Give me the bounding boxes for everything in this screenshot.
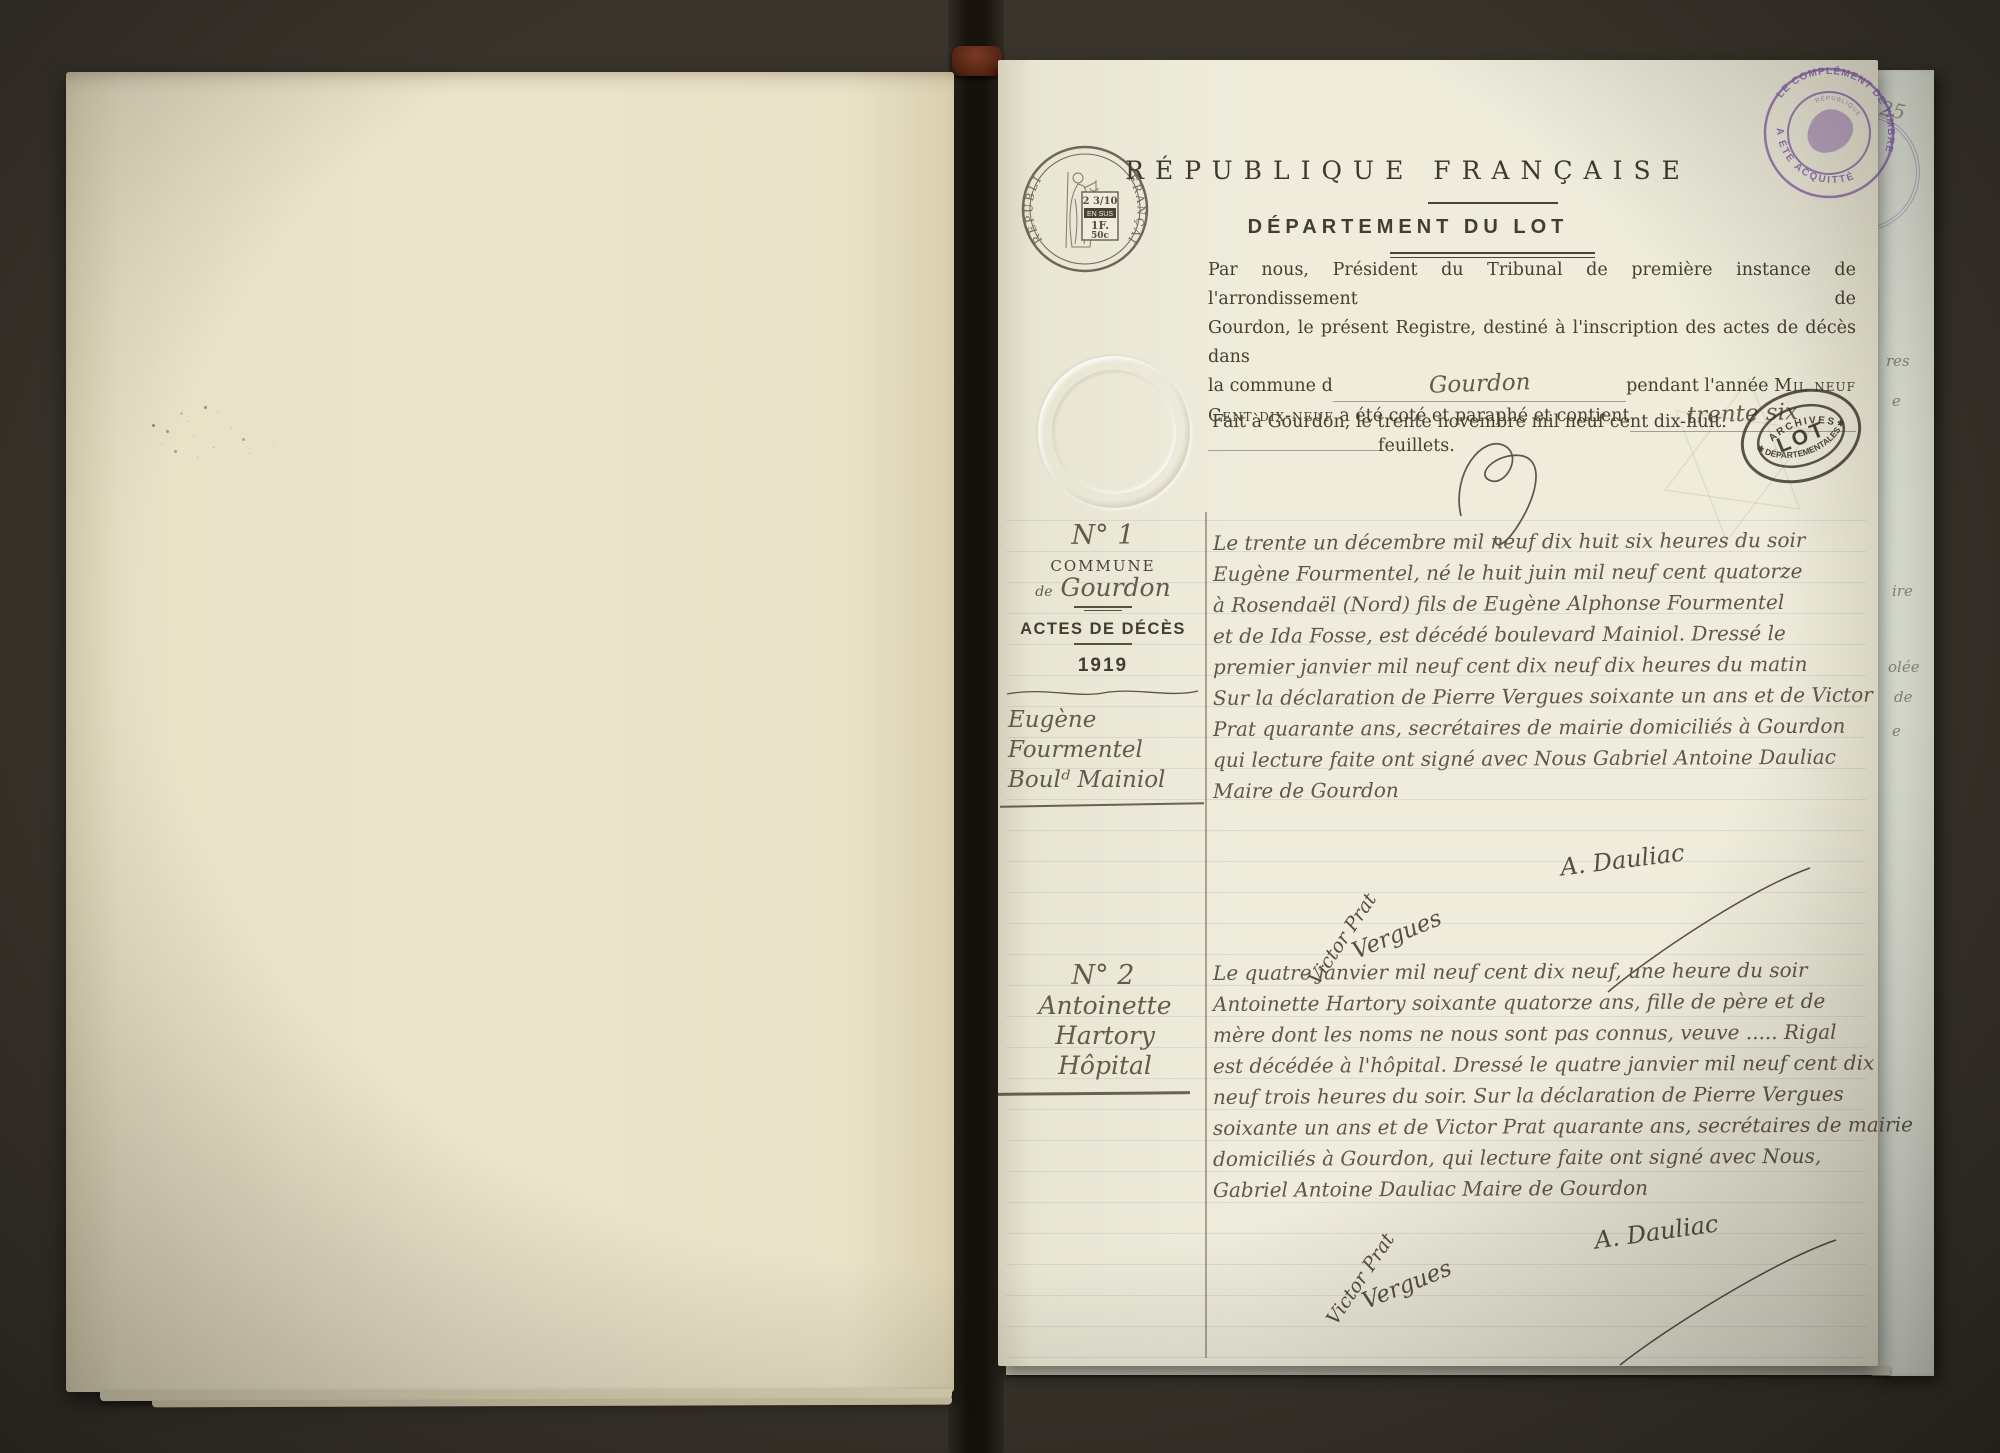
act-line: mère dont les noms ne nous sont pas conn…: [1213, 1017, 1875, 1051]
act-number: N° 2: [1004, 960, 1202, 991]
spine-headband: [952, 46, 1002, 76]
act-line: premier janvier mil neuf cent dix neuf d…: [1213, 649, 1875, 683]
handwritten-commune: Gourdon: [1428, 372, 1530, 396]
register-scan: { "colors": { "background": "#3a352c", "…: [0, 0, 2000, 1453]
empty-fill-line: [1208, 450, 1378, 451]
act-number: N° 1: [1004, 520, 1202, 551]
deceased-name-line: Hôpital: [1004, 1051, 1202, 1081]
bleed-fragment: olée: [1888, 658, 1920, 676]
title-rule: [1428, 202, 1558, 204]
margin-underline-act1: [1000, 802, 1204, 808]
left-blank-page: [66, 72, 954, 1392]
ink-speckles: [152, 424, 155, 427]
margin-column-act2: N° 2 Antoinette Hartory Hôpital: [1004, 952, 1202, 1081]
printed-text: la commune d: [1208, 372, 1333, 401]
deceased-name-line: Fourmentel: [1004, 735, 1202, 765]
act-line: Sur la déclaration de Pierre Vergues soi…: [1213, 680, 1875, 714]
act-line: Prat quarante ans, secrétaires de mairie…: [1213, 711, 1875, 745]
page-title: RÉPUBLIQUE FRANÇAISE: [998, 156, 1818, 185]
act-line: à Rosendaël (Nord) fils de Eugène Alphon…: [1213, 587, 1875, 621]
next-page-edge: 25 res e ire olée de e: [1872, 70, 1934, 1376]
bleed-fragment: ire: [1892, 582, 1913, 600]
departement-title: DÉPARTEMENT DU LOT: [998, 216, 1818, 239]
embossed-seal: [1038, 356, 1190, 508]
preamble-line: Par nous, Président du Tribunal de premi…: [1208, 256, 1856, 314]
act-line: Le trente un décembre mil neuf dix huit …: [1213, 525, 1875, 559]
act-line: Antoinette Hartory soixante quatorze ans…: [1213, 986, 1875, 1020]
commune-fill: Gourdon: [1333, 372, 1626, 402]
act-line: qui lecture faite ont signé avec Nous Ga…: [1213, 742, 1875, 776]
act2-body: Le quatre janvier mil neuf cent dix neuf…: [1213, 958, 1875, 1206]
commune-name: de Gourdon: [1004, 573, 1202, 602]
act-line: et de Ida Fosse, est décédé boulevard Ma…: [1213, 618, 1875, 652]
bleed-fragment: e: [1892, 722, 1901, 740]
actes-de-deces-label: ACTES DE DÉCÈS: [1004, 620, 1202, 639]
register-year: 1919: [1004, 655, 1202, 677]
deceased-name-line: Antoinette: [1004, 991, 1202, 1021]
act-line: domiciliés à Gourdon, qui lecture faite …: [1213, 1141, 1875, 1175]
margin-rule: [1074, 643, 1132, 645]
fiscal-surcharge: 2 3/10: [1083, 196, 1118, 207]
act1-body: Le trente un décembre mil neuf dix huit …: [1213, 528, 1875, 807]
act-line: Le quatre janvier mil neuf cent dix neuf…: [1213, 955, 1875, 989]
deceased-name-line: Eugène: [1004, 705, 1202, 735]
act-line: neuf trois heures du soir. Sur la déclar…: [1213, 1079, 1875, 1113]
de-label: de: [1035, 584, 1052, 600]
act-line: est décédée à l'hôpital. Dressé le quatr…: [1213, 1048, 1875, 1082]
margin-divider-squiggle: [1005, 685, 1201, 701]
deceased-name-line: Boulᵈ Mainiol: [1004, 765, 1202, 795]
act-line: soixante un ans et de Victor Prat quaran…: [1213, 1110, 1875, 1144]
bleed-fragment: de: [1894, 688, 1912, 706]
margin-column-act1: N° 1 COMMUNE de Gourdon ACTES DE DÉCÈS 1…: [1004, 512, 1202, 795]
deceased-name-line: Hartory: [1004, 1021, 1202, 1051]
margin-separator-line: [1205, 512, 1207, 1358]
margin-underline-act2: [998, 1091, 1190, 1095]
margin-rule: [1084, 610, 1122, 612]
act-line: Gabriel Antoine Dauliac Maire de Gourdon: [1213, 1172, 1875, 1206]
register-page: RÉPUBLIQUE FRANÇAISE 2 3/10 EN SUS 1F. 5…: [998, 60, 1878, 1366]
commune-name-text: Gourdon: [1060, 573, 1170, 602]
act-line: Eugène Fourmentel, né le huit juin mil n…: [1213, 556, 1875, 590]
margin-rule: [1074, 606, 1132, 608]
act-line: Maire de Gourdon: [1213, 773, 1875, 807]
left-page-stack-edge-2: [152, 1398, 952, 1408]
bleed-fragment: res: [1886, 352, 1910, 370]
bleed-fragment: e: [1892, 392, 1901, 410]
book-gutter: [948, 0, 1004, 1453]
dauliac-flourish: [1612, 1220, 1842, 1370]
